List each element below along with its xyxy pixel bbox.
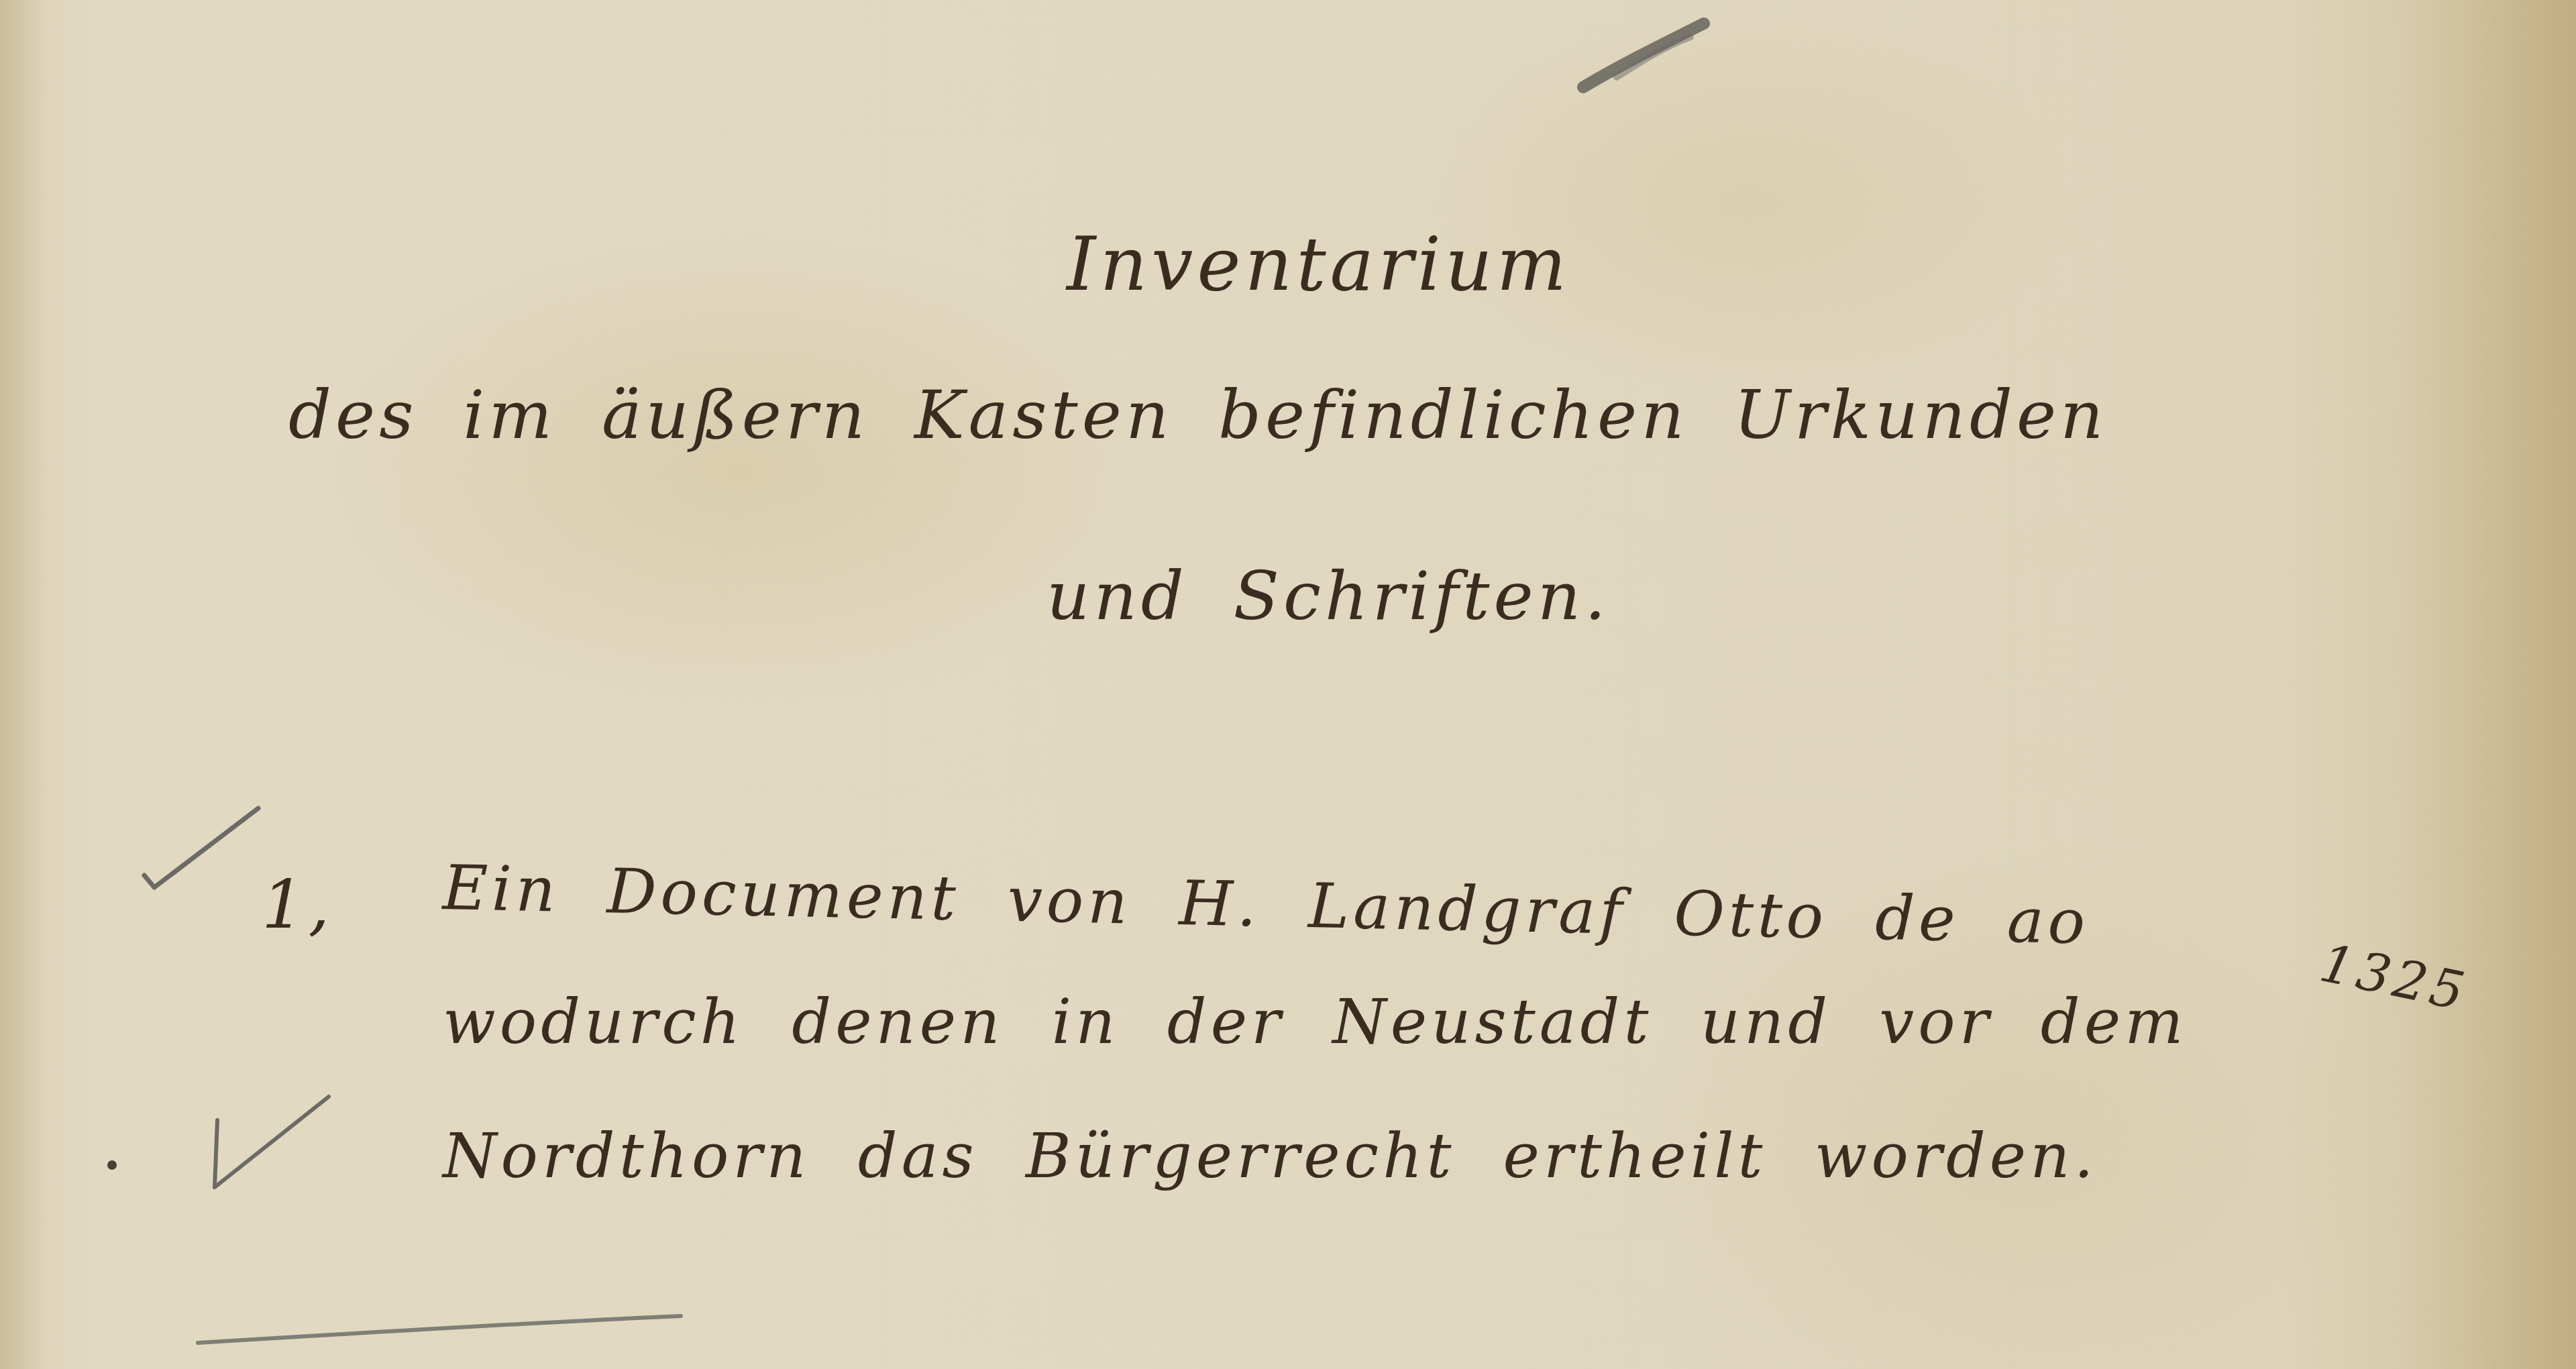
- item-number: 1,: [262, 865, 333, 944]
- heading-line: des im äußern Kasten befindlichen Urkund…: [288, 376, 2108, 454]
- manuscript-page: Inventarium des im äußern Kasten befindl…: [0, 0, 2576, 1369]
- item-text-line: wodurch denen in der Neustadt und vor de…: [443, 986, 2187, 1058]
- item-text-line: Nordthorn das Bürgerrecht ertheilt worde…: [443, 1120, 2098, 1192]
- paper-left-edge: [0, 0, 47, 1369]
- ink-speck: [107, 1160, 117, 1170]
- pencil-checkmark-icon: [208, 1093, 335, 1194]
- pencil-line-mark: [195, 1308, 684, 1348]
- document-title: Inventarium: [1067, 221, 1570, 307]
- heading-line: und Schriften.: [1046, 557, 1610, 635]
- paper-right-edge-discoloration: [2402, 0, 2576, 1369]
- pencil-smudge-mark: [1576, 13, 1711, 94]
- item-text-line: Ein Document von H. Landgraf Otto de ao: [442, 852, 2090, 958]
- pencil-checkmark-icon: [138, 802, 265, 902]
